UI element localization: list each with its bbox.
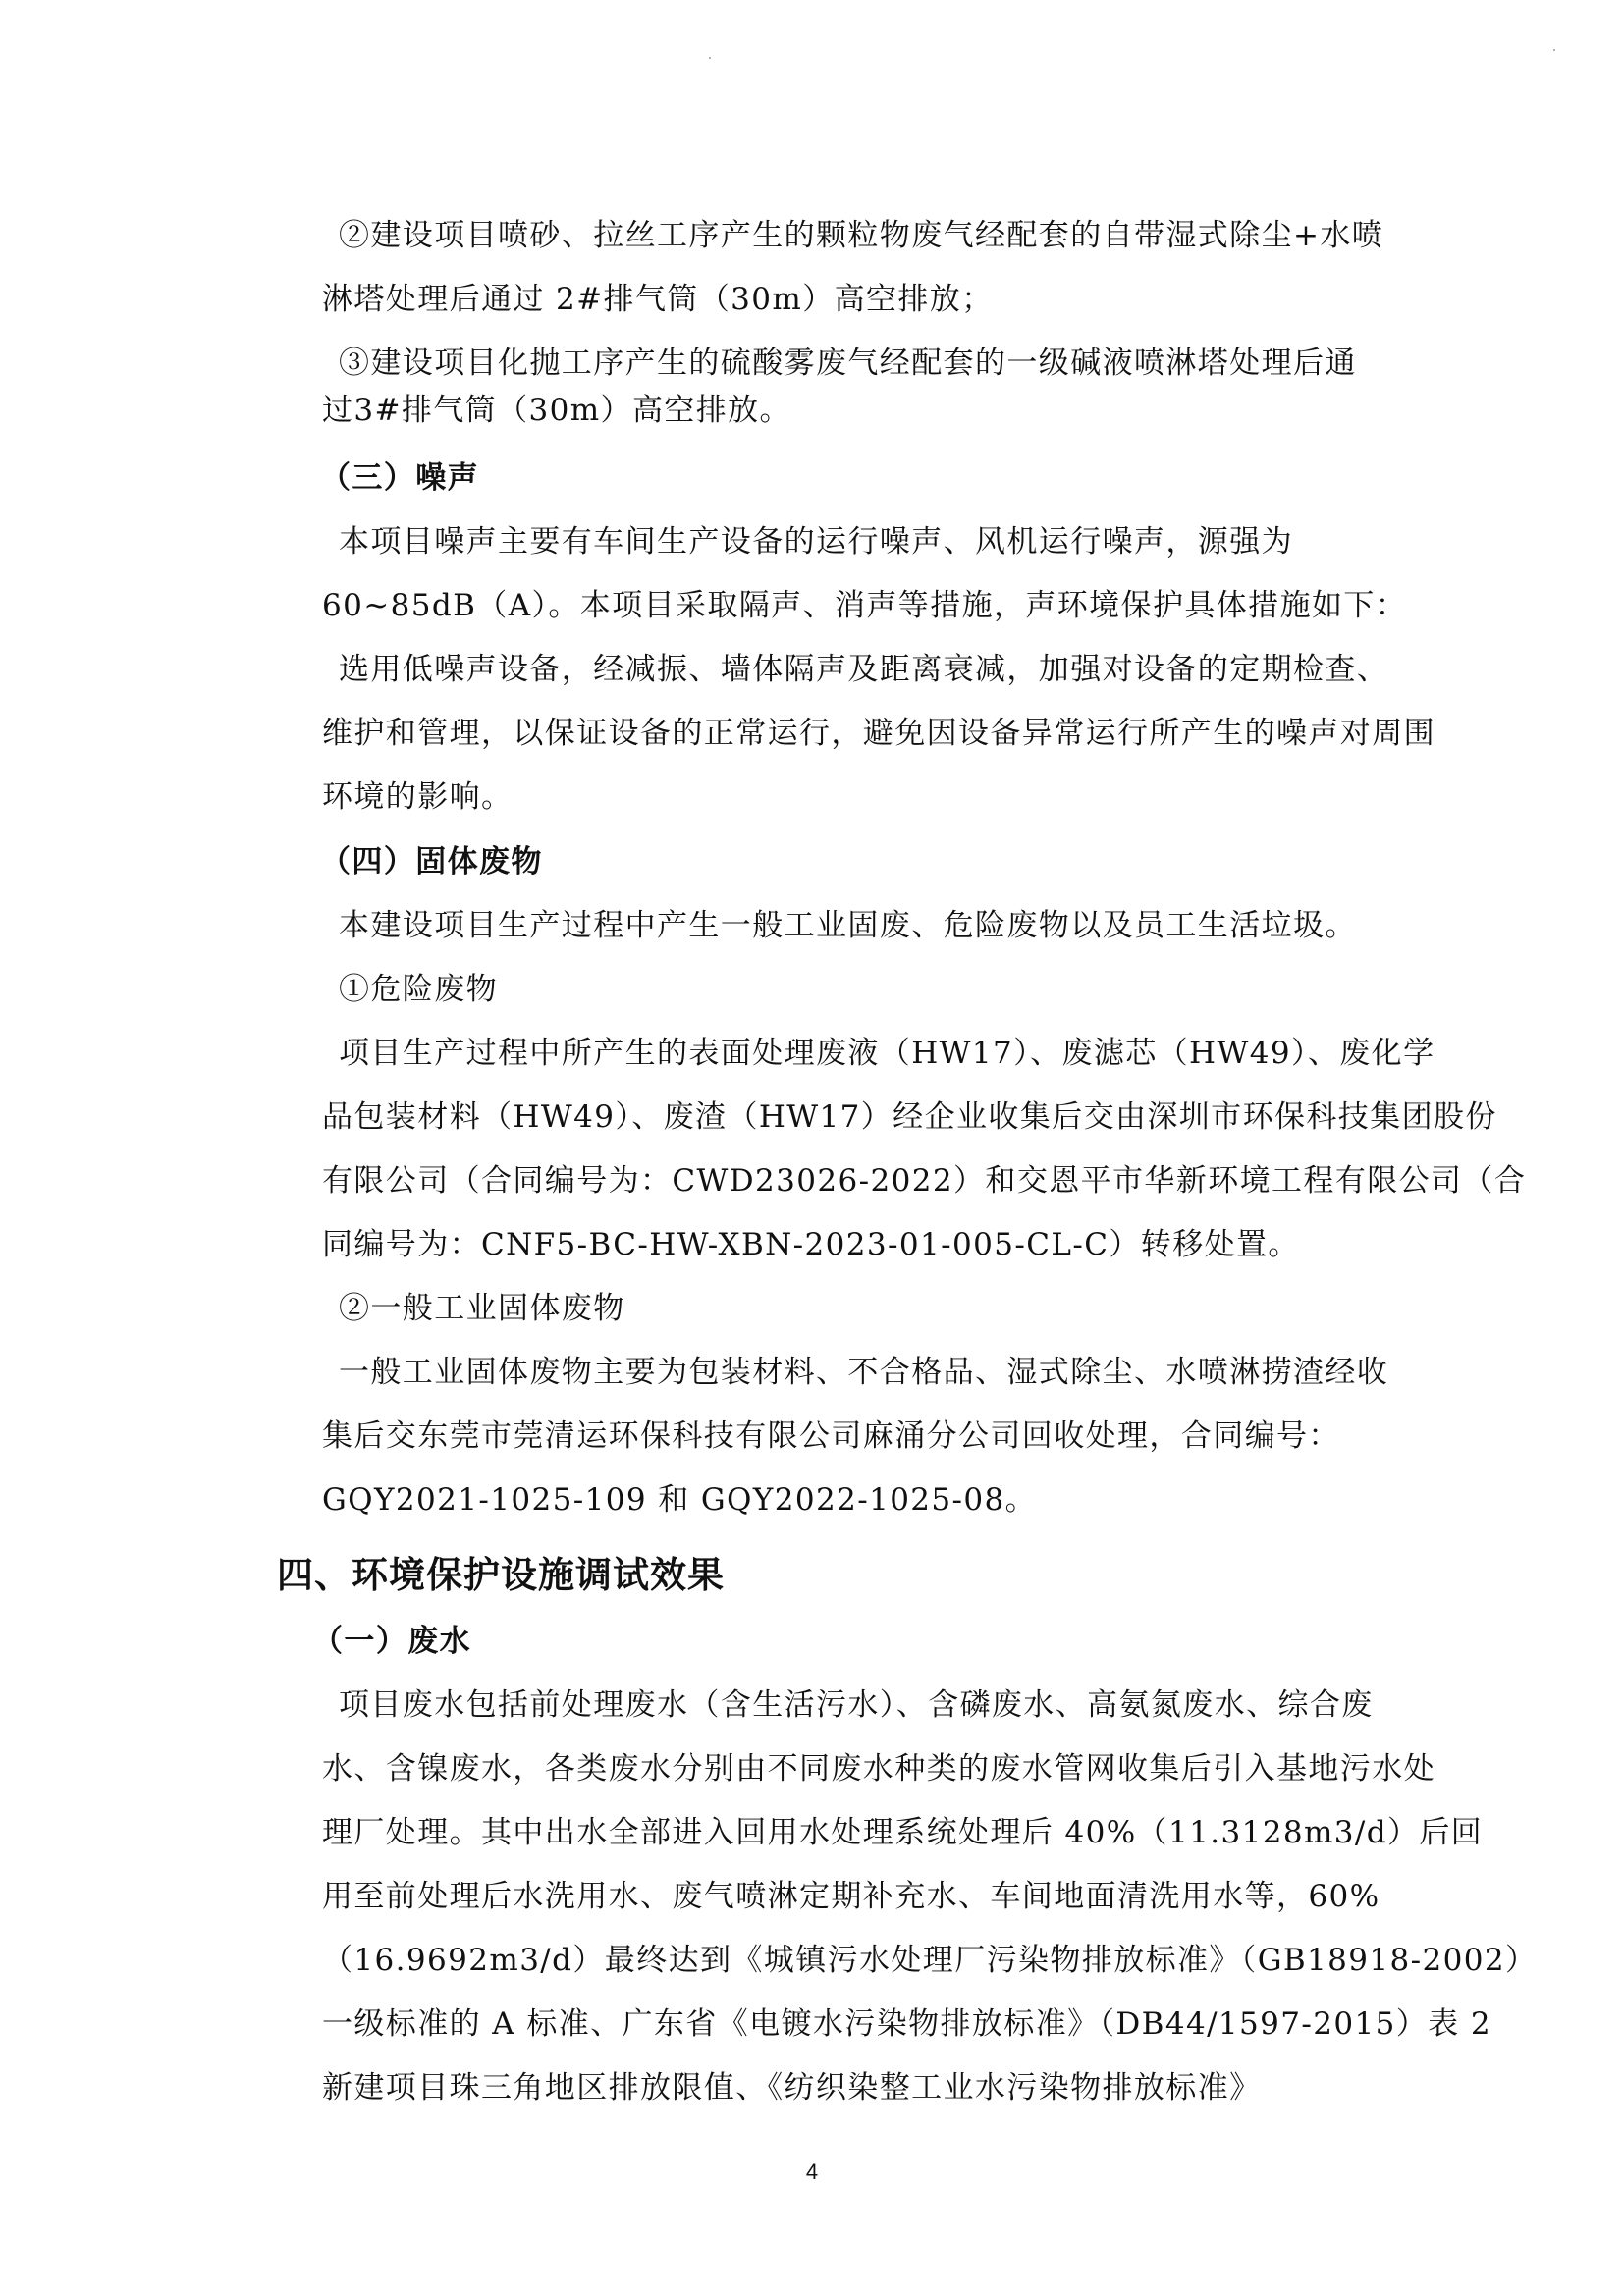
noise-para2-line-1: 选用低噪声设备，经减振、墙体隔声及距离衰减，加强对设备的定期检查、 [339, 650, 1388, 689]
general-line-2: 集后交东莞市莞清运环保科技有限公司麻涌分公司回收处理，合同编号： [322, 1416, 1340, 1456]
general-line-3: GQY2021-1025-109 和 GQY2022-1025-08。 [322, 1480, 1037, 1520]
wastewater-line-1: 项目废水包括前处理废水（含生活污水）、含磷废水、高氨氮废水、综合废 [339, 1685, 1374, 1725]
wastewater-line-4: 用至前处理后水洗用水、废气喷淋定期补充水、车间地面清洗用水等，60% [322, 1877, 1380, 1916]
scan-speck [1553, 49, 1555, 51]
wastewater-line-5: （16.9692m3/d）最终达到《城镇污水处理厂污染物排放标准》（GB1891… [322, 1941, 1537, 1980]
hazardous-line-3: 有限公司（合同编号为：CWD23026-2022）和交恩平市华新环境工程有限公司… [322, 1161, 1526, 1201]
wastewater-line-6: 一级标准的 A 标准、广东省《电镀水污染物排放标准》（DB44/1597-201… [322, 2004, 1491, 2044]
hazardous-line-1: 项目生产过程中所产生的表面处理废液（HW17）、废滤芯（HW49）、废化学 [339, 1034, 1435, 1073]
gas-item2-line-1: ②建设项目喷砂、拉丝工序产生的颗粒物废气经配套的自带湿式除尘+水喷 [339, 216, 1383, 255]
wastewater-heading: （一）废水 [312, 1622, 471, 1661]
document-page: ②建设项目喷砂、拉丝工序产生的颗粒物废气经配套的自带湿式除尘+水喷 淋塔处理后通… [0, 0, 1624, 2296]
wastewater-line-3: 理厂处理。其中出水全部进入回用水处理系统处理后 40%（11.3128m3/d）… [322, 1813, 1483, 1852]
noise-para1-line-2: 60~85dB（A）。本项目采取隔声、消声等措施，声环境保护具体措施如下： [322, 586, 1407, 625]
general-line-1: 一般工业固体废物主要为包装材料、不合格品、湿式除尘、水喷淋捞渣经收 [339, 1353, 1388, 1392]
noise-heading: （三）噪声 [320, 458, 479, 498]
gas-item3-line-2: 过3#排气筒（30m）高空排放。 [322, 391, 791, 430]
noise-para2-line-2: 维护和管理，以保证设备的正常运行，避免因设备异常运行所产生的噪声对周围 [322, 714, 1435, 753]
noise-para1-line-1: 本项目噪声主要有车间生产设备的运行噪声、风机运行噪声，源强为 [339, 522, 1293, 561]
solid-waste-heading: （四）固体废物 [320, 842, 543, 881]
gas-item3-line-1: ③建设项目化抛工序产生的硫酸雾废气经配套的一级碱液喷淋塔处理后通 [339, 344, 1357, 383]
section4-heading: 四、环境保护设施调试效果 [277, 1555, 725, 1594]
noise-para2-line-3: 环境的影响。 [322, 777, 513, 817]
gas-item2-line-2: 淋塔处理后通过 2#排气筒（30m）高空排放； [322, 280, 994, 319]
page-number: 4 [0, 2160, 1624, 2185]
hazardous-waste-heading: ①危险废物 [339, 970, 498, 1009]
wastewater-line-7: 新建项目珠三角地区排放限值、《纺织染整工业水污染物排放标准》 [322, 2068, 1262, 2108]
hazardous-line-4: 同编号为：CNF5-BC-HW-XBN-2023-01-005-CL-C）转移处… [322, 1225, 1300, 1264]
solid-waste-intro: 本建设项目生产过程中产生一般工业固废、危险废物以及员工生活垃圾。 [339, 906, 1357, 945]
general-waste-heading: ②一般工业固体废物 [339, 1289, 625, 1328]
scan-speck [709, 57, 711, 59]
wastewater-line-2: 水、含镍废水，各类废水分别由不同废水种类的废水管网收集后引入基地污水处 [322, 1749, 1435, 1789]
hazardous-line-2: 品包装材料（HW49）、废渣（HW17）经企业收集后交由深圳市环保科技集团股份 [322, 1097, 1497, 1137]
